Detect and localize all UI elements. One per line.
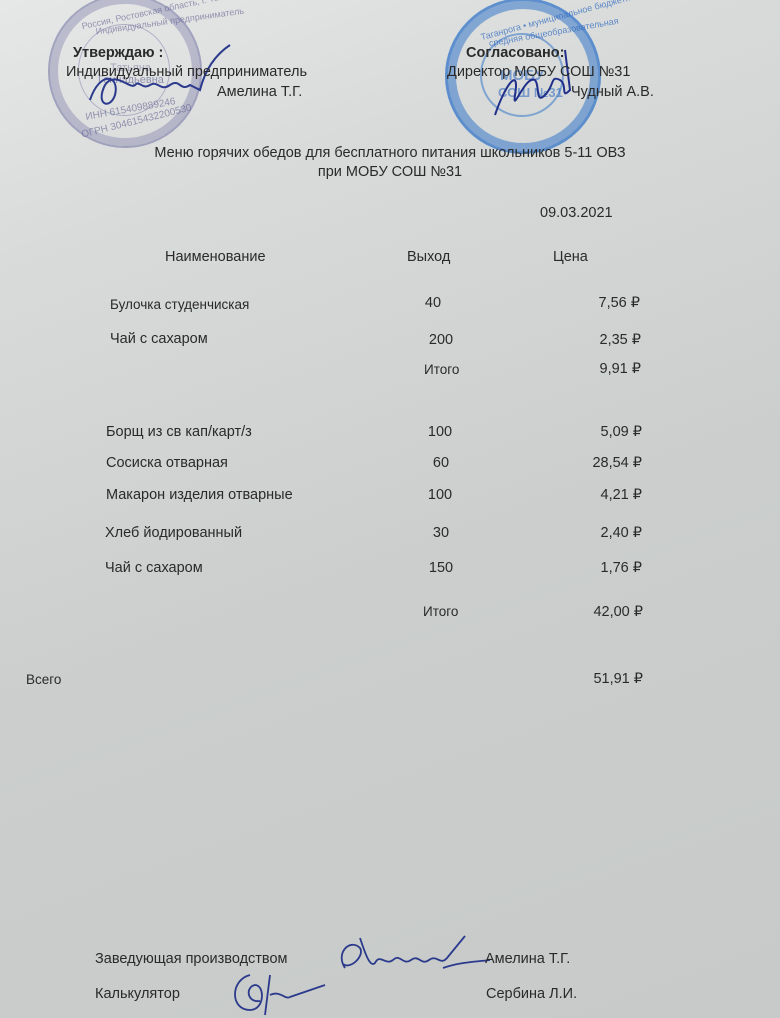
item-name: Сосиска отварная [106, 455, 228, 471]
item-name: Чай с сахаром [105, 560, 203, 576]
item-qty: 40 [393, 295, 473, 311]
agreer-position: Директор МОБУ СОШ №31 [447, 64, 630, 80]
approve-label: Утверждаю : [73, 45, 163, 61]
agree-label: Согласовано: [466, 45, 564, 61]
item-price: 4,21 ₽ [522, 487, 642, 503]
item-price: 2,40 ₽ [522, 525, 642, 541]
item-qty: 30 [401, 525, 481, 541]
document-date: 09.03.2021 [540, 205, 613, 221]
calculator-label: Калькулятор [95, 986, 180, 1002]
calculator-signature [225, 965, 345, 1018]
item-qty: 60 [401, 455, 481, 471]
item-qty: 200 [401, 332, 481, 348]
calculator-name: Сербина Л.И. [486, 986, 577, 1002]
item-name: Хлеб йодированный [105, 525, 242, 541]
item-qty: 100 [400, 424, 480, 440]
header-price: Цена [553, 249, 588, 265]
item-price: 1,76 ₽ [522, 560, 642, 576]
approver-name: Амелина Т.Г. [217, 84, 302, 100]
item-name: Макарон изделия отварные [106, 487, 293, 503]
grand-total-label: Всего [26, 672, 61, 687]
item-qty: 100 [400, 487, 480, 503]
document-title-line1: Меню горячих обедов для бесплатного пита… [0, 145, 780, 161]
subtotal-label: Итого [424, 362, 459, 377]
grand-total-price: 51,91 ₽ [523, 671, 643, 687]
production-head-name: Амелина Т.Г. [485, 951, 570, 967]
header-qty: Выход [407, 249, 450, 265]
subtotal-price: 42,00 ₽ [523, 604, 643, 620]
item-name: Булочка студенчиская [110, 297, 249, 312]
document-title-line2: при МОБУ СОШ №31 [0, 164, 780, 180]
item-qty: 150 [401, 560, 481, 576]
item-name: Борщ из св кап/карт/з [106, 424, 252, 440]
item-price: 28,54 ₽ [522, 455, 642, 471]
item-name: Чай с сахаром [110, 331, 208, 347]
approver-position: Индивидуальный предприниматель [66, 64, 307, 80]
item-price: 2,35 ₽ [521, 332, 641, 348]
subtotal-price: 9,91 ₽ [521, 361, 641, 377]
item-price: 5,09 ₽ [522, 424, 642, 440]
production-head-signature [325, 928, 495, 978]
agreer-name: Чудный А.В. [571, 84, 654, 100]
header-name: Наименование [165, 249, 266, 265]
item-price: 7,56 ₽ [520, 295, 640, 311]
subtotal-label: Итого [423, 604, 458, 619]
